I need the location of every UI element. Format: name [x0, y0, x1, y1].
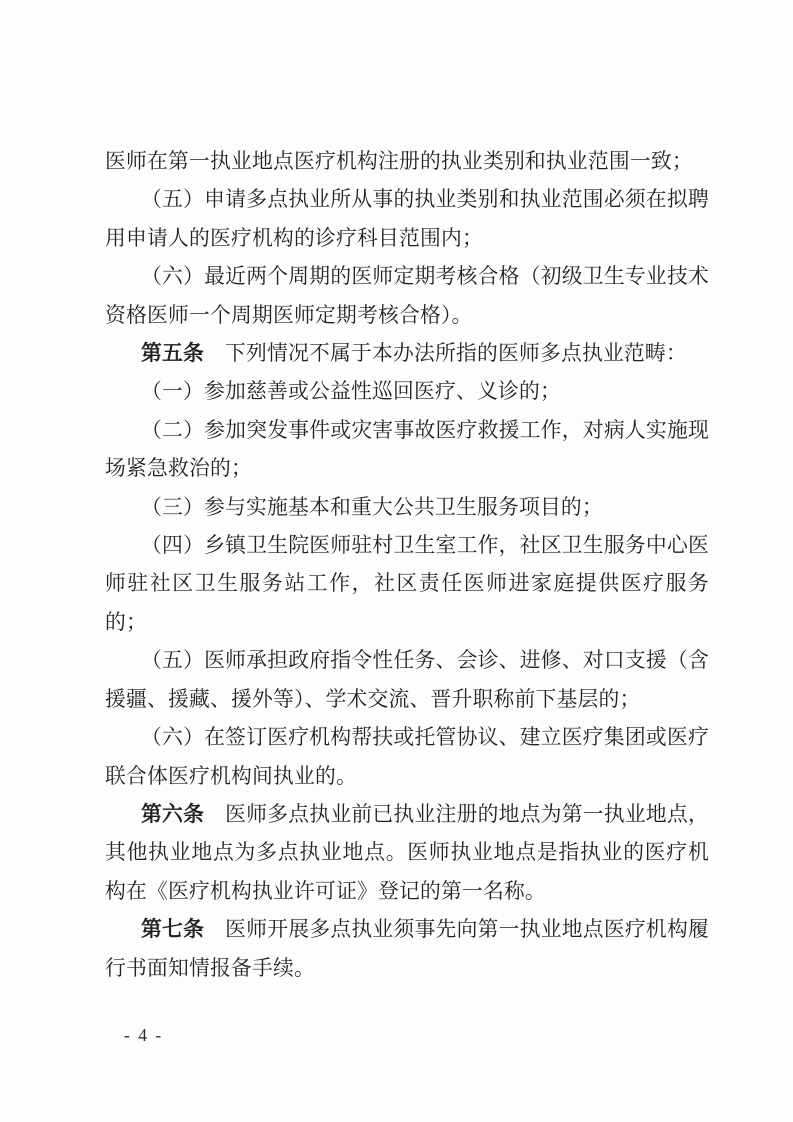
paragraph: （六）在签订医疗机构帮扶或托管协议、建立医疗集团或医疗联合体医疗机构间执业的。 — [105, 719, 709, 796]
paragraph: （三）参与实施基本和重大公共卫生服务项目的； — [105, 489, 709, 527]
document-page: 医师在第一执业地点医疗机构注册的执业类别和执业范围一致； （五）申请多点执业所从… — [0, 0, 793, 1122]
paragraph: （五）医师承担政府指令性任务、会诊、进修、对口支援（含援疆、援藏、援外等）、学术… — [105, 642, 709, 719]
document-content: 医师在第一执业地点医疗机构注册的执业类别和执业范围一致； （五）申请多点执业所从… — [105, 143, 709, 988]
paragraph: （四）乡镇卫生院医师驻村卫生室工作，社区卫生服务中心医师驻社区卫生服务站工作，社… — [105, 527, 709, 642]
paragraph-text: （六）在签订医疗机构帮扶或托管协议、建立医疗集团或医疗联合体医疗机构间执业的。 — [105, 726, 709, 787]
paragraph-text: （一）参加慈善或公益性巡回医疗、义诊的； — [141, 380, 561, 403]
paragraph-text: 下列情况不属于本办法所指的医师多点执业范畴： — [204, 342, 687, 365]
paragraph: （五）申请多点执业所从事的执业类别和执业范围必须在拟聘用申请人的医疗机构的诊疗科… — [105, 181, 709, 258]
paragraph: 医师在第一执业地点医疗机构注册的执业类别和执业范围一致； — [105, 143, 709, 181]
paragraph-text: （四）乡镇卫生院医师驻村卫生室工作，社区卫生服务中心医师驻社区卫生服务站工作，社… — [105, 534, 709, 634]
article-number: 第五条 — [141, 342, 204, 365]
paragraph: （一）参加慈善或公益性巡回医疗、义诊的； — [105, 373, 709, 411]
paragraph-text: （六）最近两个周期的医师定期考核合格（初级卫生专业技术资格医师一个周期医师定期考… — [105, 265, 709, 326]
paragraph-text: （二）参加突发事件或灾害事故医疗救援工作，对病人实施现场紧急救治的； — [105, 419, 709, 480]
paragraph-text: 医师在第一执业地点医疗机构注册的执业类别和执业范围一致； — [105, 150, 693, 173]
paragraph-text: （五）申请多点执业所从事的执业类别和执业范围必须在拟聘用申请人的医疗机构的诊疗科… — [105, 188, 709, 249]
paragraph-text: （五）医师承担政府指令性任务、会诊、进修、对口支援（含援疆、援藏、援外等）、学术… — [105, 649, 709, 710]
article-number: 第七条 — [141, 918, 204, 941]
page-number: - 4 - — [124, 1024, 163, 1046]
paragraph: 第六条 医师多点执业前已执业注册的地点为第一执业地点，其他执业地点为多点执业地点… — [105, 796, 709, 911]
paragraph: （二）参加突发事件或灾害事故医疗救援工作，对病人实施现场紧急救治的； — [105, 412, 709, 489]
article-number: 第六条 — [141, 803, 204, 826]
paragraph: 第五条 下列情况不属于本办法所指的医师多点执业范畴： — [105, 335, 709, 373]
paragraph-text: （三）参与实施基本和重大公共卫生服务项目的； — [141, 496, 603, 519]
paragraph: （六）最近两个周期的医师定期考核合格（初级卫生专业技术资格医师一个周期医师定期考… — [105, 258, 709, 335]
paragraph: 第七条 医师开展多点执业须事先向第一执业地点医疗机构履行书面知情报备手续。 — [105, 911, 709, 988]
